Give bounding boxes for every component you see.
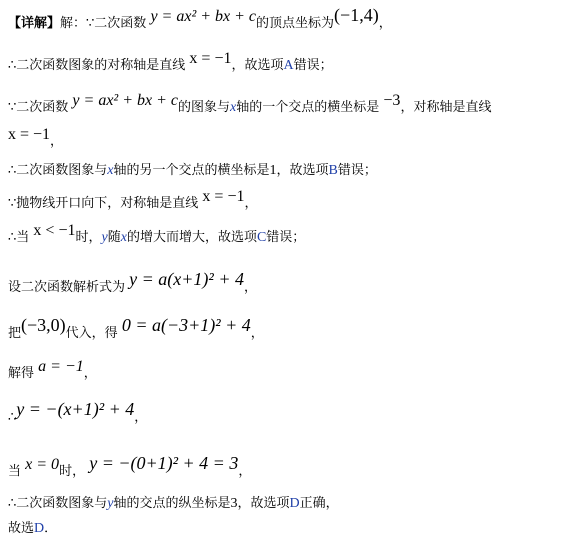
detail-label: 【详解】 — [8, 16, 60, 31]
line-10: 解得 a = −1， — [8, 364, 97, 383]
formula: y = ax² + bx + c — [150, 8, 256, 25]
line-4: x = −1， — [8, 132, 63, 151]
line-12: 当 x = 0时， y = −(0+1)² + 4 = 3， — [8, 460, 251, 481]
formula: a = −1 — [38, 358, 84, 375]
formula: 0 = a(−3+1)² + 4 — [122, 315, 251, 335]
line-3: ∵二次函数 y = ax² + bx + c的图象与x轴的一个交点的横坐标是 −… — [8, 98, 491, 117]
line-13: ∴二次函数图象与y轴的交点的纵坐标是3，故选项D正确， — [8, 495, 339, 513]
line-2: ∴二次函数图象的对称轴是直线 x = −1，故选项A错误； — [8, 56, 333, 75]
formula: y = ax² + bx + c — [72, 92, 178, 109]
formula: x = −1 — [189, 50, 231, 67]
formula: y = −(x+1)² + 4 — [16, 399, 134, 419]
formula: y = −(0+1)² + 4 = 3 — [89, 453, 238, 473]
formula: y = a(x+1)² + 4 — [129, 269, 244, 289]
formula: (−3,0) — [21, 315, 66, 335]
line-6: ∵抛物线开口向下，对称轴是直线 x = −1， — [8, 194, 257, 213]
line-14: 故选D． — [8, 520, 57, 538]
line-8: 设二次函数解析式为 y = a(x+1)² + 4， — [8, 276, 257, 297]
line-5: ∴二次函数图象与x轴的另一个交点的横坐标是1，故选项B错误； — [8, 162, 377, 180]
formula: x = −1 — [202, 188, 244, 205]
line-9: 把(−3,0)代入，得 0 = a(−3+1)² + 4， — [8, 322, 264, 343]
formula: −3 — [383, 92, 400, 109]
formula: (−1,4) — [334, 5, 379, 25]
formula: x = −1 — [8, 126, 50, 143]
line-7: ∴当 x < −1时，y随x的增大而增大，故选项C错误； — [8, 228, 305, 247]
formula: x = 0 — [25, 456, 59, 473]
line-11: ∴y = −(x+1)² + 4， — [8, 406, 147, 427]
line-1: 【详解】解：∵二次函数 y = ax² + bx + c的顶点坐标为(−1,4)… — [8, 12, 392, 33]
formula: x < −1 — [33, 222, 75, 239]
